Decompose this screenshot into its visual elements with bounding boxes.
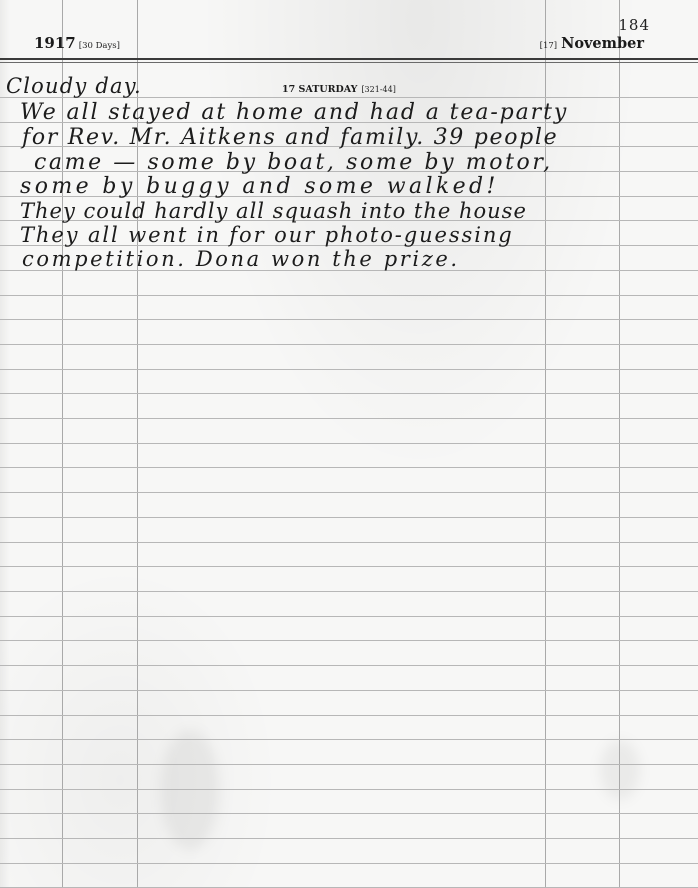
ruled-line [0,542,698,543]
month-day-note: [17] [540,41,557,51]
month-heading: [17]November [540,35,644,52]
header-rule [0,58,698,60]
ruled-line [0,813,698,814]
ruled-line [0,715,698,716]
ruled-line [0,591,698,592]
diary-page: 1917[30 Days] 184 [17]November 17 SATURD… [0,0,698,888]
handwritten-line: We all stayed at home and had a tea-part… [20,100,568,125]
header-rule-secondary [0,62,698,63]
margin-line [619,0,620,888]
handwritten-line: They all went in for our photo-guessing [20,223,514,247]
handwritten-line: Cloudy day. [6,74,142,98]
ruled-line [0,665,698,666]
ruled-line [0,319,698,320]
ruled-line [0,295,698,296]
ruled-line [0,616,698,617]
day-number: 17 [282,84,295,95]
year: 1917 [34,34,76,52]
handwritten-line: for Rev. Mr. Aitkens and family. 39 peop… [22,125,558,150]
paper-stain [160,730,220,850]
handwritten-line: They could hardly all squash into the ho… [20,199,527,223]
year-note: [30 Days] [79,41,120,51]
ruled-line [0,467,698,468]
ruled-line [0,369,698,370]
ruled-line [0,739,698,740]
ruled-line [0,764,698,765]
ruled-line [0,863,698,864]
weekday: SATURDAY [299,84,358,95]
handwritten-line: some by buggy and some walked! [20,174,499,199]
ruled-line [0,789,698,790]
day-note: [321-44] [361,85,395,94]
ruled-line [0,640,698,641]
month: November [561,35,644,52]
handwritten-line: competition. Dona won the prize. [22,247,460,271]
ruled-line [0,418,698,419]
bleed-through-text [290,452,295,471]
handwritten-line: came — some by boat, some by motor, [34,150,553,175]
ruled-line [0,690,698,691]
ruled-line [0,393,698,394]
paper-stain [600,740,640,800]
ruled-line [0,443,698,444]
year-heading: 1917[30 Days] [34,34,120,52]
ruled-line [0,838,698,839]
ruled-line [0,566,698,567]
ruled-line [0,344,698,345]
day-heading: 17 SATURDAY[321-44] [282,84,396,95]
page-number: 184 [618,16,650,34]
ruled-line [0,517,698,518]
ruled-line [0,492,698,493]
